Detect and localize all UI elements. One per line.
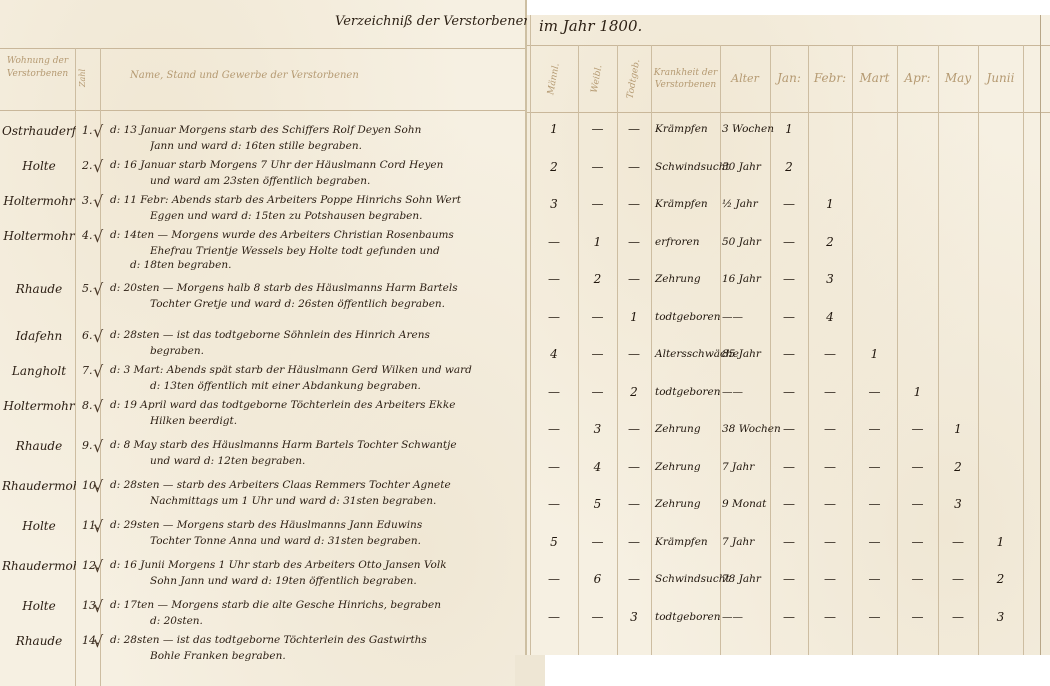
table-row: Rhaude9.√d: 8 May starb des Häuslmanns H… <box>0 437 525 477</box>
male-cell: — <box>530 268 578 290</box>
stillborn-cell: — <box>617 343 651 365</box>
header-bottom-rule <box>0 110 525 111</box>
male-cell: — <box>530 493 578 515</box>
feb-cell: — <box>808 418 852 440</box>
entry-number: 7. <box>82 364 93 377</box>
description-line: und ward am 23sten öffentlich begraben. <box>150 175 520 187</box>
may-cell <box>938 193 978 215</box>
feb-cell: — <box>808 381 852 403</box>
mar-cell: — <box>852 493 897 515</box>
female-cell: 4 <box>578 456 617 478</box>
jan-cell: — <box>770 418 808 440</box>
apr-cell <box>897 193 938 215</box>
checkmark-icon: √ <box>93 397 103 416</box>
description-line: begraben. <box>150 345 520 357</box>
apr-cell <box>897 156 938 178</box>
stillborn-cell: — <box>617 118 651 140</box>
cause-cell: Zehrung <box>651 456 724 478</box>
checkmark-icon: √ <box>93 557 103 576</box>
may-cell: 2 <box>938 456 978 478</box>
apr-cell: — <box>897 606 938 628</box>
table-row: Holte11.√d: 29sten — Morgens starb des H… <box>0 517 525 557</box>
jun-cell <box>978 418 1023 440</box>
age-cell: —— <box>720 606 772 628</box>
apr-cell <box>897 118 938 140</box>
mar-cell: — <box>852 456 897 478</box>
jan-cell: — <box>770 531 808 553</box>
jan-cell: — <box>770 343 808 365</box>
may-cell: — <box>938 606 978 628</box>
apr-cell <box>897 306 938 328</box>
male-cell: 1 <box>530 118 578 140</box>
description-line: Nachmittags um 1 Uhr und ward d: 31sten … <box>150 495 520 507</box>
checkmark-icon: √ <box>93 122 103 141</box>
description-line: d: 20sten — Morgens halb 8 starb des Häu… <box>110 282 520 294</box>
table-row: Langholt7.√d: 3 Mart: Abends spät starb … <box>0 362 525 402</box>
entry-number: 3. <box>82 194 93 207</box>
residence-cell: Ostrhauderfehn <box>2 124 76 138</box>
header-female: Weibl. <box>578 45 617 112</box>
description-line: Jann und ward d: 16ten stille begraben. <box>150 140 520 152</box>
age-cell: 16 Jahr <box>720 268 772 290</box>
mar-cell <box>852 268 897 290</box>
cause-cell: Schwindsucht <box>651 156 724 178</box>
description-line: Eggen und ward d: 15ten zu Potshausen be… <box>150 210 520 222</box>
age-cell: 50 Jahr <box>720 231 772 253</box>
header-stillborn: Todtgeb. <box>617 45 651 112</box>
description-line: d: 18ten begraben. <box>130 259 500 271</box>
age-cell: 78 Jahr <box>720 568 772 590</box>
cause-cell: todtgeboren <box>651 606 724 628</box>
male-cell: — <box>530 568 578 590</box>
may-cell <box>938 118 978 140</box>
male-cell: 2 <box>530 156 578 178</box>
residence-cell: Rhaudermohr <box>2 559 76 573</box>
right-page: im Jahr 1800. Männl. Weibl. Todtgeb. Kra… <box>527 15 1050 655</box>
description-line: Hilken beerdigt. <box>150 415 520 427</box>
mar-cell: — <box>852 381 897 403</box>
apr-cell <box>897 343 938 365</box>
mar-cell <box>852 231 897 253</box>
left-page: Verzeichniß der Verstorbenen Wohnung der… <box>0 0 527 686</box>
age-cell: —— <box>720 306 772 328</box>
header-number: Zahl <box>78 50 98 105</box>
table-row: Holte13.√d: 17ten — Morgens starb die al… <box>0 597 525 637</box>
checkmark-icon: √ <box>93 327 103 346</box>
stillborn-cell: — <box>617 493 651 515</box>
entry-number: 2. <box>82 159 93 172</box>
feb-cell: — <box>808 493 852 515</box>
female-cell: — <box>578 606 617 628</box>
cause-cell: Krämpfen <box>651 193 724 215</box>
mar-cell: — <box>852 568 897 590</box>
male-cell: 5 <box>530 531 578 553</box>
may-cell: — <box>938 531 978 553</box>
female-cell: — <box>578 118 617 140</box>
cause-cell: todtgeboren <box>651 306 724 328</box>
male-cell: 3 <box>530 193 578 215</box>
cause-cell: erfroren <box>651 231 724 253</box>
header-cause: Krankheit der Verstorbenen <box>651 45 720 112</box>
description-line: d: 20sten. <box>150 615 520 627</box>
description-line: Sohn Jann und ward d: 19ten öffentlich b… <box>150 575 520 587</box>
residence-cell: Rhaude <box>2 282 76 296</box>
checkmark-icon: √ <box>93 597 103 616</box>
jun-cell <box>978 343 1023 365</box>
jun-cell <box>978 381 1023 403</box>
male-cell: — <box>530 306 578 328</box>
jun-cell <box>978 118 1023 140</box>
cause-cell: Krämpfen <box>651 531 724 553</box>
may-cell <box>938 381 978 403</box>
description-line: d: 28sten — ist das todtgeborne Söhnlein… <box>110 329 520 341</box>
residence-cell: Holtermohr <box>2 194 76 208</box>
description-line: d: 13ten öffentlich mit einer Abdankung … <box>150 380 520 392</box>
apr-cell: — <box>897 531 938 553</box>
feb-cell <box>808 156 852 178</box>
jun-cell <box>978 456 1023 478</box>
entry-number: 9. <box>82 439 93 452</box>
residence-cell: Idafehn <box>2 329 76 343</box>
residence-cell: Rhaude <box>2 439 76 453</box>
female-cell: — <box>578 193 617 215</box>
page-edge <box>1040 15 1041 655</box>
male-cell: — <box>530 606 578 628</box>
description-line: Bohle Franken begraben. <box>150 650 520 662</box>
stillborn-cell: — <box>617 193 651 215</box>
jan-cell: — <box>770 306 808 328</box>
apr-cell: — <box>897 418 938 440</box>
feb-cell: — <box>808 606 852 628</box>
table-row: Holtermohr3.√d: 11 Febr: Abends starb de… <box>0 192 525 232</box>
description-line: Tochter Tonne Anna und ward d: 31sten be… <box>150 535 520 547</box>
male-cell: 4 <box>530 343 578 365</box>
column-divider <box>1023 45 1024 655</box>
header-top-rule <box>0 48 525 49</box>
page-title-right: im Jahr 1800. <box>539 17 642 35</box>
female-cell: — <box>578 381 617 403</box>
stillborn-cell: — <box>617 418 651 440</box>
may-cell <box>938 343 978 365</box>
description-line: Ehefrau Trientje Wessels bey Holte todt … <box>150 245 520 257</box>
checkmark-icon: √ <box>93 517 103 536</box>
may-cell <box>938 268 978 290</box>
description-line: und ward d: 12ten begraben. <box>150 455 520 467</box>
mar-cell <box>852 306 897 328</box>
stillborn-cell: 1 <box>617 306 651 328</box>
checkmark-icon: √ <box>93 280 103 299</box>
feb-cell: — <box>808 343 852 365</box>
male-cell: — <box>530 231 578 253</box>
jun-cell: 1 <box>978 531 1023 553</box>
cause-cell: Altersschwäche <box>651 343 724 365</box>
description-line: d: 19 April ward das todtgeborne Töchter… <box>110 399 520 411</box>
header-month-may: May <box>938 55 978 100</box>
jan-cell: — <box>770 456 808 478</box>
cause-cell: Zehrung <box>651 493 724 515</box>
jan-cell: — <box>770 493 808 515</box>
entry-number: 1. <box>82 124 93 137</box>
header-age: Alter <box>720 45 770 112</box>
residence-cell: Holte <box>2 159 76 173</box>
male-cell: — <box>530 381 578 403</box>
checkmark-icon: √ <box>93 437 103 456</box>
description-line: d: 17ten — Morgens starb die alte Gesche… <box>110 599 520 611</box>
feb-cell: — <box>808 456 852 478</box>
age-cell: —— <box>720 381 772 403</box>
female-cell: — <box>578 306 617 328</box>
table-row: Holte2.√d: 16 Januar starb Morgens 7 Uhr… <box>0 157 525 197</box>
jun-cell <box>978 268 1023 290</box>
cause-cell: Zehrung <box>651 268 724 290</box>
checkmark-icon: √ <box>93 362 103 381</box>
description-line: d: 14ten — Morgens wurde des Arbeiters C… <box>110 229 520 241</box>
header-bottom-rule <box>527 112 1050 113</box>
feb-cell: 2 <box>808 231 852 253</box>
stillborn-cell: — <box>617 268 651 290</box>
residence-cell: Holte <box>2 599 76 613</box>
table-row: Rhaudermohr12.√d: 16 Junii Morgens 1 Uhr… <box>0 557 525 597</box>
jun-cell: 3 <box>978 606 1023 628</box>
male-cell: — <box>530 456 578 478</box>
apr-cell: 1 <box>897 381 938 403</box>
table-row: Rhaude5.√d: 20sten — Morgens halb 8 star… <box>0 280 525 320</box>
residence-cell: Holtermohr <box>2 399 76 413</box>
entry-number: 5. <box>82 282 93 295</box>
entry-number: 4. <box>82 229 93 242</box>
stillborn-cell: — <box>617 156 651 178</box>
female-cell: 1 <box>578 231 617 253</box>
header-month-apr: Apr: <box>897 55 938 100</box>
description-line: d: 3 Mart: Abends spät starb der Häuslma… <box>110 364 520 376</box>
description-line: d: 16 Januar starb Morgens 7 Uhr der Häu… <box>110 159 520 171</box>
description-line: d: 28sten — ist das todtgeborne Töchterl… <box>110 634 520 646</box>
feb-cell: 1 <box>808 193 852 215</box>
mar-cell: — <box>852 418 897 440</box>
mar-cell: — <box>852 531 897 553</box>
cause-cell: Zehrung <box>651 418 724 440</box>
header-residence: Wohnung der Verstorbenen <box>0 55 75 81</box>
jan-cell: — <box>770 381 808 403</box>
gutter-strip <box>515 655 545 686</box>
may-cell: 3 <box>938 493 978 515</box>
checkmark-icon: √ <box>93 227 103 246</box>
feb-cell: 3 <box>808 268 852 290</box>
apr-cell: — <box>897 493 938 515</box>
feb-cell: 4 <box>808 306 852 328</box>
stillborn-cell: 2 <box>617 381 651 403</box>
male-cell: — <box>530 418 578 440</box>
female-cell: 2 <box>578 268 617 290</box>
table-row: Rhaudermohr10.√d: 28sten — starb des Arb… <box>0 477 525 517</box>
jun-cell <box>978 493 1023 515</box>
female-cell: — <box>578 343 617 365</box>
description-line: Tochter Gretje und ward d: 26sten öffent… <box>150 298 520 310</box>
jan-cell: — <box>770 606 808 628</box>
age-cell: 38 Wochen <box>720 418 772 440</box>
table-row: Holtermohr4.√d: 14ten — Morgens wurde de… <box>0 227 525 267</box>
residence-cell: Langholt <box>2 364 76 378</box>
jan-cell: — <box>770 231 808 253</box>
jan-cell: — <box>770 268 808 290</box>
jun-cell: 2 <box>978 568 1023 590</box>
cause-cell: todtgeboren <box>651 381 724 403</box>
header-description: Name, Stand und Gewerbe der Verstorbenen <box>130 70 359 81</box>
header-month-feb: Febr: <box>808 55 852 100</box>
age-cell: 50 Jahr <box>720 156 772 178</box>
age-cell: 85 Jahr <box>720 343 772 365</box>
apr-cell <box>897 231 938 253</box>
residence-cell: Holte <box>2 519 76 533</box>
stillborn-cell: — <box>617 568 651 590</box>
mar-cell: — <box>852 606 897 628</box>
residence-cell: Holtermohr <box>2 229 76 243</box>
header-male: Männl. <box>530 45 578 112</box>
mar-cell <box>852 193 897 215</box>
table-row: Holtermohr8.√d: 19 April ward das todtge… <box>0 397 525 437</box>
may-cell: — <box>938 568 978 590</box>
apr-cell <box>897 268 938 290</box>
table-row: Idafehn6.√d: 28sten — ist das todtgeborn… <box>0 327 525 367</box>
jan-cell: — <box>770 193 808 215</box>
checkmark-icon: √ <box>93 477 103 496</box>
description-line: d: 29sten — Morgens starb des Häuslmanns… <box>110 519 520 531</box>
stillborn-cell: — <box>617 531 651 553</box>
checkmark-icon: √ <box>93 192 103 211</box>
cause-cell: Krämpfen <box>651 118 724 140</box>
female-cell: — <box>578 531 617 553</box>
jan-cell: — <box>770 568 808 590</box>
feb-cell: — <box>808 568 852 590</box>
header-month-jan: Jan: <box>770 55 808 100</box>
mar-cell <box>852 156 897 178</box>
description-line: d: 16 Junii Morgens 1 Uhr starb des Arbe… <box>110 559 520 571</box>
age-cell: 3 Wochen <box>720 118 772 140</box>
female-cell: 6 <box>578 568 617 590</box>
may-cell <box>938 306 978 328</box>
female-cell: — <box>578 156 617 178</box>
description-line: d: 28sten — starb des Arbeiters Claas Re… <box>110 479 520 491</box>
apr-cell: — <box>897 568 938 590</box>
stillborn-cell: — <box>617 231 651 253</box>
checkmark-icon: √ <box>93 632 103 651</box>
may-cell <box>938 231 978 253</box>
age-cell: 7 Jahr <box>720 531 772 553</box>
age-cell: 7 Jahr <box>720 456 772 478</box>
residence-cell: Rhaudermohr <box>2 479 76 493</box>
table-row: Ostrhauderfehn1.√d: 13 Januar Morgens st… <box>0 122 525 162</box>
mar-cell <box>852 118 897 140</box>
female-cell: 5 <box>578 493 617 515</box>
page-title-left: Verzeichniß der Verstorbenen <box>335 14 532 29</box>
female-cell: 3 <box>578 418 617 440</box>
residence-cell: Rhaude <box>2 634 76 648</box>
jun-cell <box>978 156 1023 178</box>
stillborn-cell: 3 <box>617 606 651 628</box>
age-cell: ½ Jahr <box>720 193 772 215</box>
jun-cell <box>978 231 1023 253</box>
jun-cell <box>978 193 1023 215</box>
apr-cell: — <box>897 456 938 478</box>
entry-number: 6. <box>82 329 93 342</box>
entry-number: 8. <box>82 399 93 412</box>
checkmark-icon: √ <box>93 157 103 176</box>
may-cell <box>938 156 978 178</box>
description-line: d: 8 May starb des Häuslmanns Harm Barte… <box>110 439 520 451</box>
stillborn-cell: — <box>617 456 651 478</box>
jun-cell <box>978 306 1023 328</box>
header-month-jun: Junii <box>978 55 1023 100</box>
description-line: d: 11 Febr: Abends starb des Arbeiters P… <box>110 194 520 206</box>
jan-cell: 1 <box>770 118 808 140</box>
may-cell: 1 <box>938 418 978 440</box>
cause-cell: Schwindsucht <box>651 568 724 590</box>
table-row: Rhaude14.√d: 28sten — ist das todtgeborn… <box>0 632 525 672</box>
mar-cell: 1 <box>852 343 897 365</box>
description-line: d: 13 Januar Morgens starb des Schiffers… <box>110 124 520 136</box>
jan-cell: 2 <box>770 156 808 178</box>
feb-cell <box>808 118 852 140</box>
header-month-mar: Mart <box>852 55 897 100</box>
feb-cell: — <box>808 531 852 553</box>
age-cell: 9 Monat <box>720 493 772 515</box>
